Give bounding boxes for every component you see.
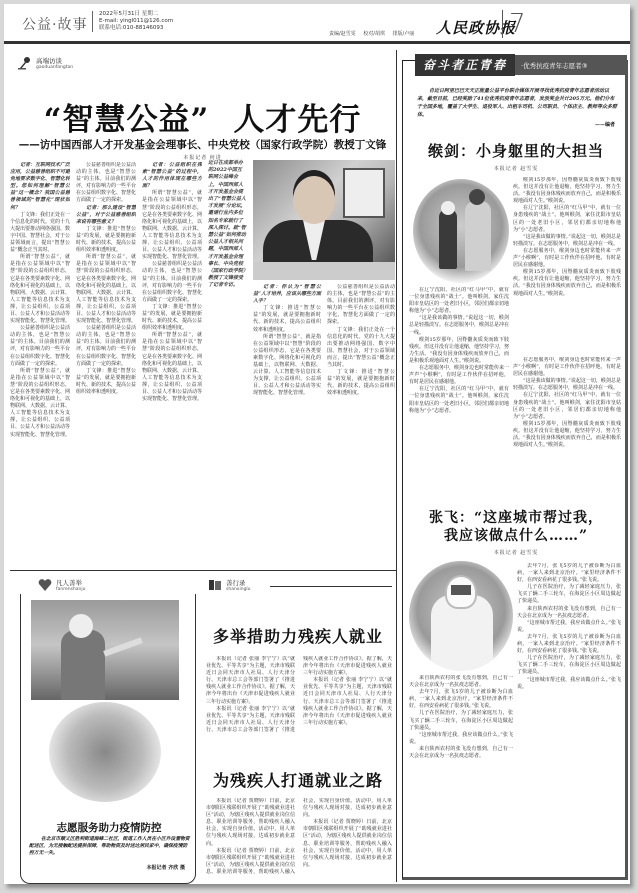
- story2-para: “这座城市帮过我，我应该做点什么。”张飞说。: [409, 732, 513, 746]
- editor-note: 自近日阿里巴巴天天正能量公益平台联合媒体开展寻找优秀抗疫青年志愿者活动以来，截至…: [417, 87, 617, 119]
- story1-para: 缑剑15岁那年，因脊髓灰质炎而致下肢残疾。但这并没有让他退缩，他坚持学习，努力生…: [409, 337, 509, 365]
- story1-para: 缑剑15岁那年，因脊髓灰质炎而致下肢残疾。但这并没有让他退缩，他坚持学习，努力生…: [513, 177, 621, 205]
- answer-4b: 所谓“智慧公益”，就是指在公益领域中以“智慧”阶段的公益组织形态，它是在各类要素…: [253, 334, 321, 398]
- story2-para: “这座城市帮过我，我应该做点什么。”张飞说。: [517, 677, 621, 691]
- disability-employment-section: 善行录 shanxinglu 多举措助力残疾人就业 本报讯（记者 张丽 李宁宁）…: [200, 572, 396, 882]
- story1-photo: [413, 179, 509, 283]
- youth-volunteer-feature: 奋斗者正青春 ·优秀抗疫青年志愿者③ 自近日阿里巴巴天天正能量公益平台联合媒体开…: [402, 60, 628, 880]
- email-link[interactable]: E-mail: yingl011@126.com: [99, 18, 173, 25]
- story1-col-right-bottom: 在志愿服务中，缑剑身边也时常能传来一声声“小缑啊”，有时是工作伙伴在招呼他，有时…: [513, 357, 621, 497]
- story2-para: 儿子在医院治疗，为了减轻家庭压力，张飞买了辆二手三轮车，在海淀区小区周边做起了快…: [517, 584, 621, 605]
- story1-para: “这是我该做的事情。”说起这一切，缑剑总是轻描淡写。在志愿服务中，缑剑总是冲在一…: [513, 234, 621, 248]
- answer-3: 所谓“智慧公益”，就是指在公益领域中以“智慧”阶段的公益组织形态，它是在各类要素…: [142, 190, 202, 261]
- answer-2b: 所谓“智慧公益”，就是指在公益领域中以“智慧”阶段的公益组织形态，它是在各类要素…: [76, 254, 136, 325]
- answer-1b: 所谓“智慧公益”，就是指在公益领域中以“智慧”阶段的公益组织形态，它是在各类要素…: [10, 254, 70, 325]
- story2-photo: [409, 561, 513, 671]
- question-1: 记者：互联网技术广泛应用，公益慈善组织不可避免地要求数字化、智慧化转型。您如何理…: [10, 162, 70, 212]
- column-tag-interview: 高端访谈 gaoduanfangtan: [18, 56, 73, 70]
- volunteer-photo-2: [49, 702, 161, 802]
- banner-title: 奋斗者正青春: [415, 54, 515, 76]
- story1-para: 在志愿服务中，缑剑身边也时常能传来一声声“小缑啊”，有时是工作伙伴在招呼他，有时…: [513, 248, 621, 269]
- article-title-1: 多举措助力残疾人就业: [200, 624, 396, 647]
- story1-para: 在辽宁沈阳，社区的“红马甲”中，就有一位身患残疾的“战士”。他叫缑剑，家住沈阳市…: [409, 287, 509, 315]
- answer-2: 丁文锋：推进“智慧公益”的发展，就是要拥抱新时代、新的技术，提高公益组织效率和透…: [76, 226, 136, 254]
- story1-para: 在志愿服务中，缑剑身边也时常能传来一声声“小缑啊”，有时是工作伙伴在招呼他，有时…: [513, 357, 621, 378]
- column-tag-pinyin: fanrenshanju: [56, 587, 85, 592]
- story2-para: 去年7月，张飞5岁的儿子被诊断为白血病，一家人来到北京治疗。“家里经济条件不好，…: [409, 689, 513, 710]
- column-tag-pinyin: shanxinglu: [226, 587, 251, 592]
- heart-icon: [38, 578, 52, 592]
- column-tag-title: 凡人善举: [56, 578, 85, 587]
- story1-title: 缑剑：小身躯里的大担当: [403, 141, 629, 161]
- story2-para: “这座城市帮过我，我应该做点什么。”张飞说。: [517, 620, 621, 634]
- story1-para: 在辽宁沈阳，社区的“红马甲”中，就有一位身患残疾的“战士”。他叫缑剑，家住沈阳市…: [409, 386, 509, 414]
- story2-title-line1: 张飞：“这座城市帮过我，: [403, 509, 629, 527]
- story2-para: 儿子在医院治疗，为了减轻家庭压力，张飞买了辆二手三轮车，在海淀区小区周边做起了快…: [517, 655, 621, 676]
- story1-para: “这是我该做的事情。”说起这一切，缑剑总是轻描淡写。在志愿服务中，缑剑总是冲在一…: [409, 315, 509, 336]
- story2-byline: 本报记者 赵雪雯: [403, 549, 629, 556]
- article-title-2: 为残疾人打通就业之路: [200, 768, 396, 791]
- article-column-2: 公益慈善组织是公益活动的主体，也是“智慧公益”的主体。目前我们的测评，对有影响力…: [76, 162, 136, 567]
- column-tag-volunteer: 凡人善举 fanrenshanju: [38, 578, 85, 592]
- answer-1c: 公益慈善组织是公益活动的主体，也是“智慧公益”的主体。目前我们的测评，对有影响力…: [10, 325, 70, 368]
- story2-para: 来自陕西农村的张飞没有想到，自己有一天会在北京成为一名抗疫志愿者。: [409, 746, 513, 760]
- story1-para: 缑剑15岁那年，因脊髓灰质炎而致下肢残疾。但这并没有让他退缩，他坚持学习，努力生…: [513, 421, 621, 449]
- photo-intro: 近日在成都举办的2022中国互联网公益峰会上，中国西部人才开发基金会提出了“智慧…: [208, 160, 246, 290]
- article-para: 本报讯（记者 张丽 李宁宁）以“就业优先、平等共享”为主题，天津市残联近日会同天…: [303, 677, 392, 727]
- story2-para: 儿子在医院治疗，为了减轻家庭压力，张飞买了辆二手三轮车，在海淀区小区周边做起了快…: [409, 710, 513, 731]
- answer-1d: 所谓“智慧公益”，就是指在公益领域中以“智慧”阶段的公益组织形态，它是在各类要素…: [10, 368, 70, 439]
- story1-col-left: 在辽宁沈阳，社区的“红马甲”中，就有一位身患残疾的“战士”。他叫缑剑，家住沈阳市…: [409, 287, 509, 497]
- answer-4d: 丁文锋：我们正处在一个信息化的时代。党的十九大提出要推动网络强国、数字中国、智慧…: [327, 327, 395, 370]
- column-tag-pinyin: gaoduanfangtan: [36, 65, 73, 70]
- headline: “智慧公益”人才先行: [10, 94, 395, 139]
- portrait-photo: [253, 160, 395, 280]
- column-tag-goodwill: 善行录 shanxinglu: [208, 578, 251, 592]
- story1-para: 在志愿服务中，缑剑身边也时常能传来一声声“小缑啊”，有时是工作伙伴在招呼他，有时…: [409, 365, 509, 386]
- article-para: 本报讯（记者 贾晓婷）日前，北京市朝阳区残联组织开展了“助残就业进社区”活动，为…: [303, 819, 392, 869]
- answer-2c: 公益慈善组织是公益活动的主体，也是“智慧公益”的主体。目前我们的测评，对有影响力…: [76, 325, 136, 368]
- column-divider: [396, 50, 397, 882]
- answer-3c: 丁文锋：推进“智慧公益”的发展，就是要拥抱新时代、新的技术，提高公益组织效率和透…: [142, 304, 202, 332]
- headline-part1: “智慧公益”: [44, 102, 210, 138]
- article-body-2: 本报讯（记者 贾晓婷）日前，北京市朝阳区残联组织开展了“助残就业进社区”活动，为…: [206, 798, 392, 880]
- article-column-1: 记者：互联网技术广泛应用，公益慈善组织不可避免地要求数字化、智慧化转型。您如何理…: [10, 162, 70, 567]
- column-tag-title: 高端访谈: [36, 56, 73, 65]
- article-column-3: 记者：公益组织在探索“智慧公益”的过程中，人才的作用体现在哪些方面？ 所谓“智慧…: [142, 162, 202, 567]
- article-para: 本报讯（记者 张丽 李宁宁）以“就业优先、平等共享”为主题，天津市残联近日会同天…: [206, 656, 295, 706]
- photo-caption-title: 志愿服务助力疫情防控: [21, 820, 197, 835]
- answer-4c: 公益慈善组织是公益活动的主体，也是“智慧公益”的主体。目前我们的测评，对有影响力…: [327, 284, 395, 327]
- story2-title: 张飞：“这座城市帮过我， 我应该做点什么……”: [403, 509, 629, 545]
- volunteer-photo-1: [31, 600, 179, 700]
- story2-para: 来自陕西农村的张飞没有想到，自己有一天会在北京成为一名抗疫志愿者。: [517, 606, 621, 620]
- article-column-4: 记者：你认为“智慧公益”人才培养，应该从哪些方面入手？ 丁文锋：推进“智慧公益”…: [253, 284, 395, 567]
- answer-1: 丁文锋：我们正处在一个信息化的时代。党的十九大提出要推动网络强国、数字中国、智慧…: [10, 212, 70, 255]
- banner-subtitle: ·优秀抗疫青年志愿者③: [515, 61, 587, 70]
- editor-sign: ——编者: [595, 121, 615, 128]
- subheadline: ——访中国西部人才开发基金会理事长、中央党校（国家行政学院）教授丁文锋: [10, 137, 395, 152]
- question-4: 记者：你认为“智慧公益”人才培养，应该从哪些方面入手？: [253, 284, 321, 305]
- story2-col-right: 去年7月，张飞5岁的儿子被诊断为白血病，一家人来到北京治疗。“家里经济条件不好，…: [517, 563, 621, 873]
- story1-para: 在辽宁沈阳，社区的“红马甲”中，就有一位身患残疾的“战士”。他叫缑剑，家住沈阳市…: [513, 392, 621, 420]
- article-body-1: 本报讯（记者 张丽 李宁宁）以“就业优先、平等共享”为主题，天津市残联近日会同天…: [206, 656, 392, 760]
- answer-4: 丁文锋：推进“智慧公益”的发展，就是要拥抱新时代、新的技术，提高公益组织效率和透…: [253, 305, 321, 333]
- story1-col-right-top: 缑剑15岁那年，因脊髓灰质炎而致下肢残疾。但这并没有让他退缩，他坚持学习，努力生…: [513, 177, 621, 355]
- volunteer-photo-box: 志愿服务助力疫情防控 在北京市顺义区胜利街道海峰二社区，街道工作人员在小区外设置…: [20, 594, 196, 884]
- story2-para: 去年7月，张飞5岁的儿子被诊断为白血病，一家人来到北京治疗。“家里经济条件不好，…: [517, 563, 621, 584]
- section-divider: [10, 570, 396, 571]
- contact-phone: 联系电话:010-88146093: [99, 25, 173, 32]
- column-tag-title: 善行录: [226, 578, 251, 587]
- story1-para: 在辽宁沈阳，社区的“红马甲”中，就有一位身患残疾的“战士”。他叫缑剑，家住沈阳市…: [513, 205, 621, 233]
- answer-2d: 丁文锋：推进“智慧公益”的发展，就是要拥抱新时代、新的技术，提高公益组织效率和透…: [76, 368, 136, 396]
- story1-para: “这是我该做的事情。”说起这一切，缑剑总是轻描淡写。在志愿服务中，缑剑总是冲在一…: [513, 378, 621, 392]
- book-icon: [208, 578, 222, 592]
- tag-rule: [270, 586, 392, 587]
- microphone-icon: [18, 56, 32, 70]
- answer-4e: 丁文锋：推进“智慧公益”的发展，就是要拥抱新时代、新的技术，提高公益组织效率和透…: [327, 369, 395, 397]
- photo-credit: 本报记者 齐欣 摄: [147, 864, 185, 871]
- question-2: 记者：那么建设“智慧公益”，对于公益慈善组织来说有哪些意义？: [76, 205, 136, 226]
- headline-part2: 人才先行: [233, 102, 361, 138]
- issue-date: 2022年5月31日 星期二: [99, 11, 173, 18]
- question-3: 记者：公益组织在探索“智慧公益”的过程中，人才的作用体现在哪些方面？: [142, 162, 202, 190]
- answer-1e: 公益慈善组织是公益活动的主体，也是“智慧公益”的主体。目前我们的测评，对有影响力…: [76, 162, 136, 205]
- page-meta: 2022年5月31日 星期二 E-mail: yingl011@126.com …: [92, 11, 173, 32]
- answer-3b: 公益慈善组织是公益活动的主体，也是“智慧公益”的主体。目前我们的测评，对有影响力…: [142, 261, 202, 304]
- page-number: 7: [502, 10, 526, 38]
- story2-para: 去年7月，张飞5岁的儿子被诊断为白血病，一家人来到北京治疗。“家里经济条件不好，…: [517, 634, 621, 655]
- story1-para: 缑剑15岁那年，因脊髓灰质炎而致下肢残疾。但这并没有让他退缩，他坚持学习，努力生…: [513, 269, 621, 297]
- story2-col-left: 来自陕西农村的张飞没有想到，自己有一天会在北京成为一名抗疫志愿者。 去年7月，张…: [409, 675, 513, 871]
- newspaper-page: 公益·故事 2022年5月31日 星期二 E-mail: yingl011@12…: [4, 4, 630, 884]
- photo-caption: 在北京市顺义区胜利街道海峰二社区，街道工作人员在小区外设置物资配送区，为无接触配…: [29, 836, 191, 857]
- story1-byline: 本报记者 赵雪雯: [403, 165, 629, 172]
- editor-credits: 责编/赵雪雯 校对/胡琪 排版/卢丽: [329, 30, 414, 37]
- story2-para: 来自陕西农村的张飞没有想到，自己有一天会在北京成为一名抗疫志愿者。: [409, 675, 513, 689]
- feature-banner: 奋斗者正青春 ·优秀抗疫青年志愿者③: [415, 55, 627, 75]
- interview-article: 高端访谈 gaoduanfangtan “智慧公益”人才先行 ——访中国西部人才…: [10, 52, 395, 568]
- masthead: 公益·故事 2022年5月31日 星期二 E-mail: yingl011@12…: [4, 4, 630, 44]
- answer-3d: 所谓“智慧公益”，就是指在公益领域中以“智慧”阶段的公益组织形态，它是在各类要素…: [142, 332, 202, 403]
- article-para: 本报讯（记者 贾晓婷）日前，北京市朝阳区残联组织开展了“助残就业进社区”活动，为…: [206, 798, 295, 848]
- section-name: 公益·故事: [22, 14, 87, 34]
- story2-title-line2: 我应该做点什么……”: [403, 527, 629, 545]
